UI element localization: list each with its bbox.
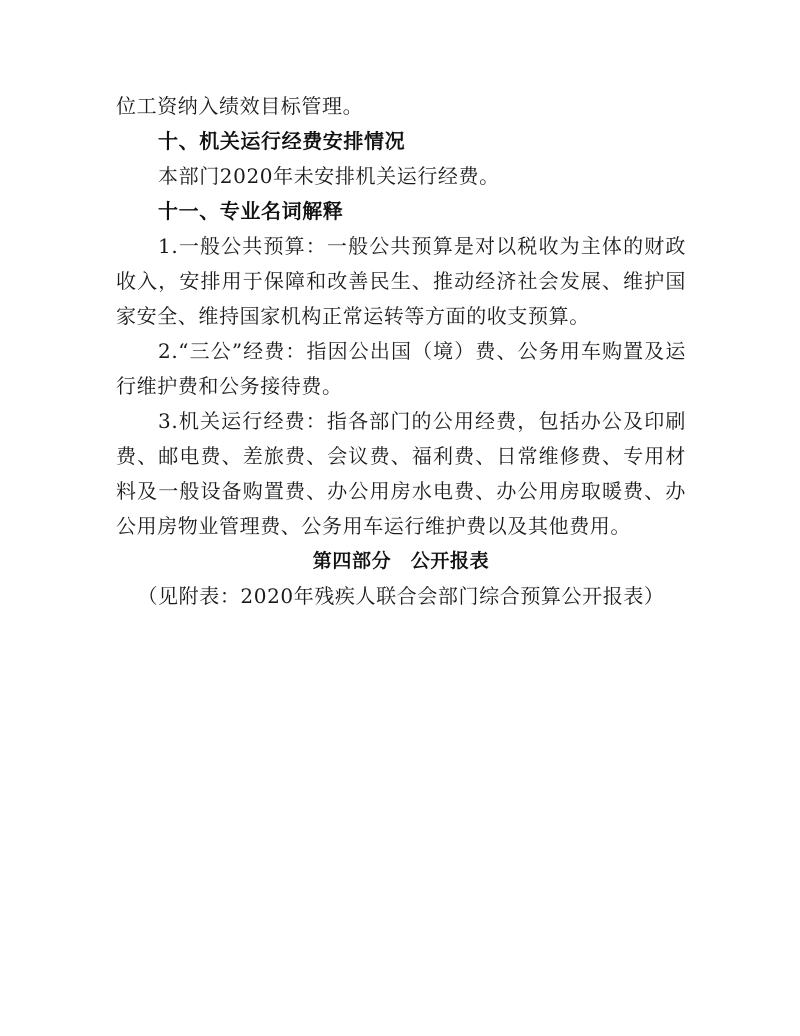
section-11-heading: 十一、专业名词解释 [116,194,686,229]
term-agency-operating-expenses: 3.机关运行经费：指各部门的公用经费，包括办公及印刷费、邮电费、差旅费、会议费、… [116,404,686,544]
term-three-public-expenses: 2.“三公”经费：指因公出国（境）费、公务用车购置及运行维护费和公务接待费。 [116,334,686,404]
part-4-heading: 第四部分 公开报表 [116,544,686,579]
paragraph-continuation: 位工资纳入绩效目标管理。 [116,89,686,124]
term-general-public-budget: 1.一般公共预算：一般公共预算是对以税收为主体的财政收入，安排用于保障和改善民生… [116,229,686,334]
section-10-heading: 十、机关运行经费安排情况 [116,124,686,159]
part-4-note: （见附表：2020年残疾人联合会部门综合预算公开报表） [116,579,686,614]
document-page: 位工资纳入绩效目标管理。 十、机关运行经费安排情况 本部门2020年未安排机关运… [116,89,686,614]
section-10-body: 本部门2020年未安排机关运行经费。 [116,159,686,194]
